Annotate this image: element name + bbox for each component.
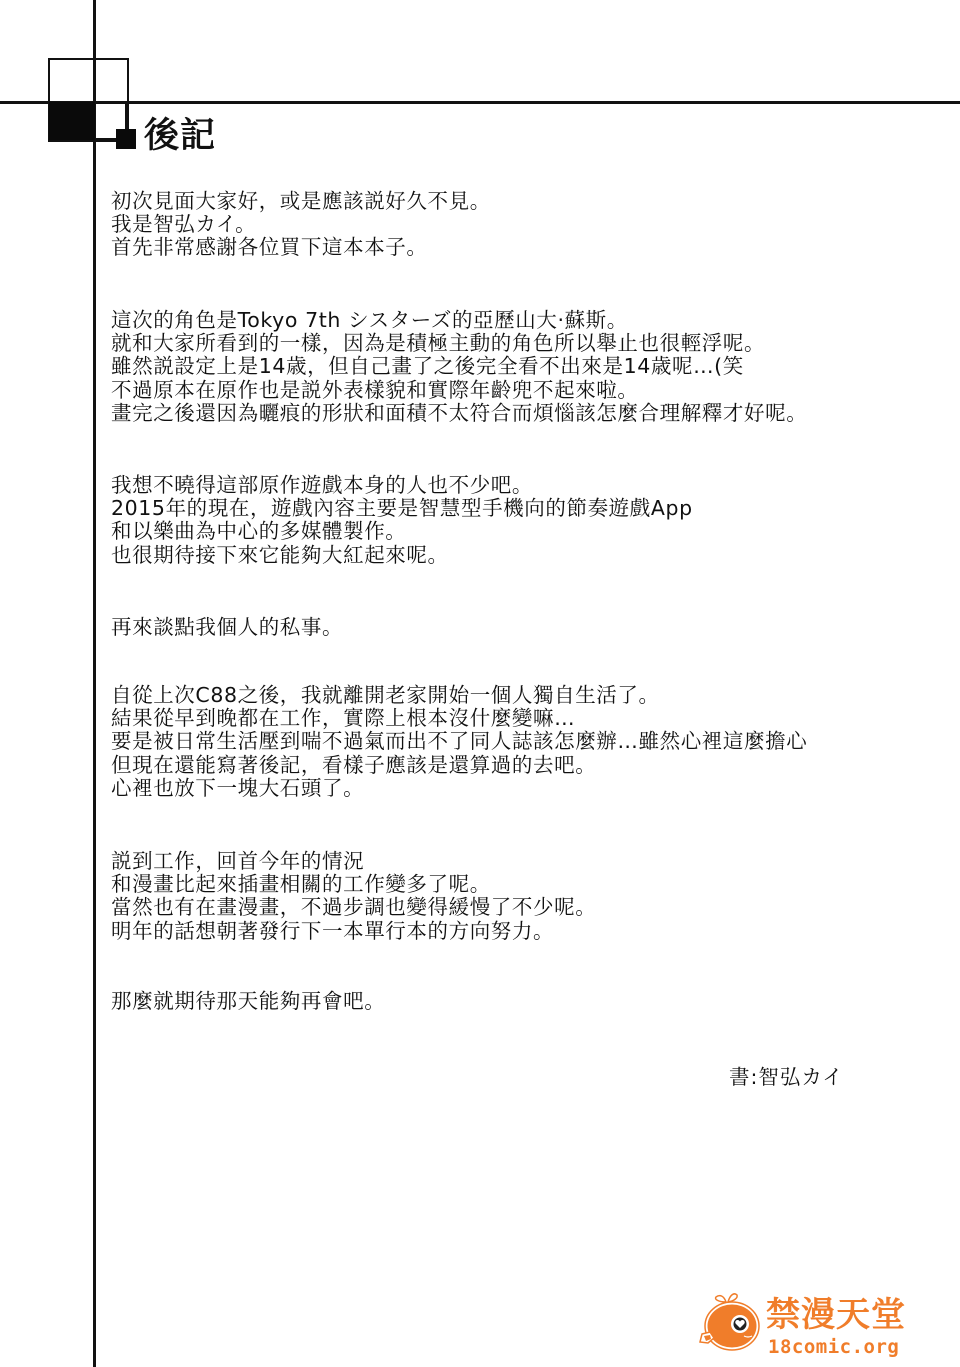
text-line: 初次見面大家好，或是應該説好久不見。 — [111, 190, 491, 213]
paragraph-character: 這次的角色是Tokyo 7th シスターズ的亞歷山大·蘇斯。 就和大家所看到的一… — [111, 309, 807, 425]
watermark-url: 18comic.org — [768, 1336, 899, 1358]
text-line: 明年的話想朝著發行下一本單行本的方向努力。 — [111, 920, 596, 943]
text-line: 但現在還能寫著後記，看樣子應該是還算過的去吧。 — [111, 754, 807, 777]
text-line: 結果從早到晚都在工作，實際上根本沒什麼變嘛… — [111, 707, 807, 730]
text-line: 就和大家所看到的一樣，因為是積極主動的角色所以舉止也很輕浮呢。 — [111, 332, 807, 355]
text-line: 當然也有在畫漫畫，不過步調也變得緩慢了不少呢。 — [111, 896, 596, 919]
text-line: 也很期待接下來它能夠大紅起來呢。 — [111, 544, 693, 567]
ornament-connector-vertical — [125, 102, 127, 130]
paragraph-personal: 自從上次C88之後，我就離開老家開始一個人獨自生活了。 結果從早到晚都在工作，實… — [111, 684, 807, 800]
text-line: 雖然説設定上是14歳，但自己畫了之後完全看不出來是14歳呢…(笑 — [111, 355, 807, 378]
text-line: 自從上次C88之後，我就離開老家開始一個人獨自生活了。 — [111, 684, 807, 707]
text-line: 首先非常感謝各位買下這本本子。 — [111, 236, 491, 259]
text-line: 我是智弘カイ。 — [111, 213, 491, 236]
paragraph-transition: 再來談點我個人的私事。 — [111, 616, 343, 639]
text-line: 我想不曉得這部原作遊戲本身的人也不少吧。 — [111, 474, 693, 497]
text-line: 畫完之後還因為曬痕的形狀和面積不太符合而煩惱該怎麼合理解釋才好呢。 — [111, 402, 807, 425]
paragraph-original-work: 我想不曉得這部原作遊戲本身的人也不少吧。 2015年的現在，遊戲內容主要是智慧型… — [111, 474, 693, 567]
title-bullet-square — [116, 129, 136, 149]
vertical-frame-line — [93, 0, 96, 1367]
watermark-title: 禁漫天堂 — [766, 1296, 906, 1334]
ornament-connector-horizontal — [95, 138, 117, 140]
horizontal-frame-line — [0, 101, 960, 104]
text-line: 那麼就期待那天能夠再會吧。 — [111, 990, 385, 1013]
orange-whale-heart-icon — [696, 1288, 764, 1360]
text-line: 要是被日常生活壓到喘不過氣而出不了同人誌該怎麼辦…雖然心裡這麼擔心 — [111, 730, 807, 753]
paragraph-greeting: 初次見面大家好，或是應該説好久不見。 我是智弘カイ。 首先非常感謝各位買下這本本… — [111, 190, 491, 260]
site-watermark: 禁漫天堂 18comic.org — [696, 1288, 926, 1360]
text-line: 和漫畫比起來插畫相關的工作變多了呢。 — [111, 873, 596, 896]
paragraph-work: 説到工作，回首今年的情況 和漫畫比起來插畫相關的工作變多了呢。 當然也有在畫漫畫… — [111, 850, 596, 943]
text-line: 説到工作，回首今年的情況 — [111, 850, 596, 873]
text-line: 不過原本在原作也是説外表樣貌和實際年齡兜不起來啦。 — [111, 379, 807, 402]
text-line: 2015年的現在，遊戲內容主要是智慧型手機向的節奏遊戲App — [111, 497, 693, 520]
filled-square-ornament — [49, 102, 95, 140]
paragraph-closing: 那麼就期待那天能夠再會吧。 — [111, 990, 385, 1013]
text-line: 再來談點我個人的私事。 — [111, 616, 343, 639]
text-line: 這次的角色是Tokyo 7th シスターズ的亞歷山大·蘇斯。 — [111, 309, 807, 332]
page-title: 後記 — [144, 114, 216, 158]
text-line: 心裡也放下一塊大石頭了。 — [111, 777, 807, 800]
author-signature: 書:智弘カイ — [729, 1064, 844, 1090]
text-line: 和以樂曲為中心的多媒體製作。 — [111, 520, 693, 543]
